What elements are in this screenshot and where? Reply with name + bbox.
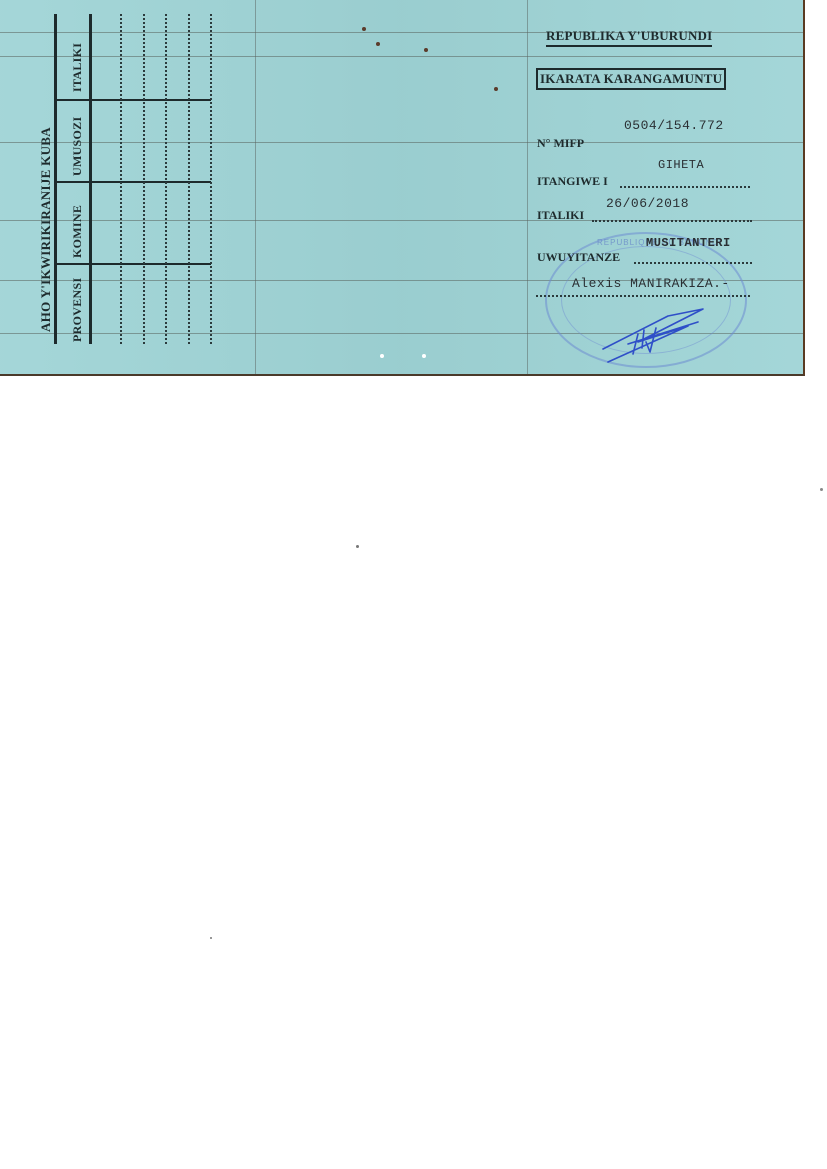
issuer-name: Alexis MANIRAKIZA.- xyxy=(572,276,730,291)
fill-line xyxy=(620,186,750,188)
field-label-uwuyitanze: UWUYITANZE xyxy=(537,250,620,265)
residence-heading: AHO Y'IKWIRIKIRANIJE KUBA xyxy=(38,127,54,332)
table-border xyxy=(54,14,57,344)
field-label-mifp: N° MIFP xyxy=(537,136,584,151)
column-komine: KOMINE xyxy=(70,205,85,258)
fold-line xyxy=(527,0,528,374)
identity-card-scan: AHO Y'IKWIRIKIRANIJE KUBA PROVENSI KOMIN… xyxy=(0,0,805,376)
table-border xyxy=(89,14,92,344)
column-umusozi: UMUSOZI xyxy=(70,117,85,176)
scan-speck xyxy=(820,488,823,491)
field-value-itangiwe: GIHETA xyxy=(658,158,704,172)
pin-hole xyxy=(380,354,384,358)
dotted-rule xyxy=(188,14,190,344)
dotted-rule xyxy=(143,14,145,344)
dotted-rule xyxy=(210,14,212,344)
pin-hole xyxy=(422,354,426,358)
signature-mark xyxy=(598,304,708,366)
field-label-itangiwe: ITANGIWE I xyxy=(537,174,608,189)
fill-line xyxy=(592,220,752,222)
field-value-italiki: 26/06/2018 xyxy=(606,196,689,211)
scan-speck xyxy=(356,545,359,548)
card-title: IKARATA KARANGAMUNTU xyxy=(536,68,726,90)
field-label-italiki: ITALIKI xyxy=(537,208,584,223)
fill-line xyxy=(536,295,750,297)
dotted-rule xyxy=(165,14,167,344)
field-value-mifp: 0504/154.772 xyxy=(624,118,724,133)
country-heading: REPUBLIKA Y'UBURUNDI xyxy=(546,28,712,47)
rust-spot xyxy=(424,48,428,52)
fill-line xyxy=(634,262,752,264)
field-value-uwuyitanze: MUSITANTERI xyxy=(646,236,731,250)
fold-line xyxy=(255,0,256,374)
column-provensi: PROVENSI xyxy=(70,278,85,342)
dotted-rule xyxy=(120,14,122,344)
rust-spot xyxy=(362,27,366,31)
rust-spot xyxy=(376,42,380,46)
rust-spot xyxy=(494,87,498,91)
column-italiki: ITALIKI xyxy=(70,43,85,92)
scan-speck xyxy=(210,937,212,939)
